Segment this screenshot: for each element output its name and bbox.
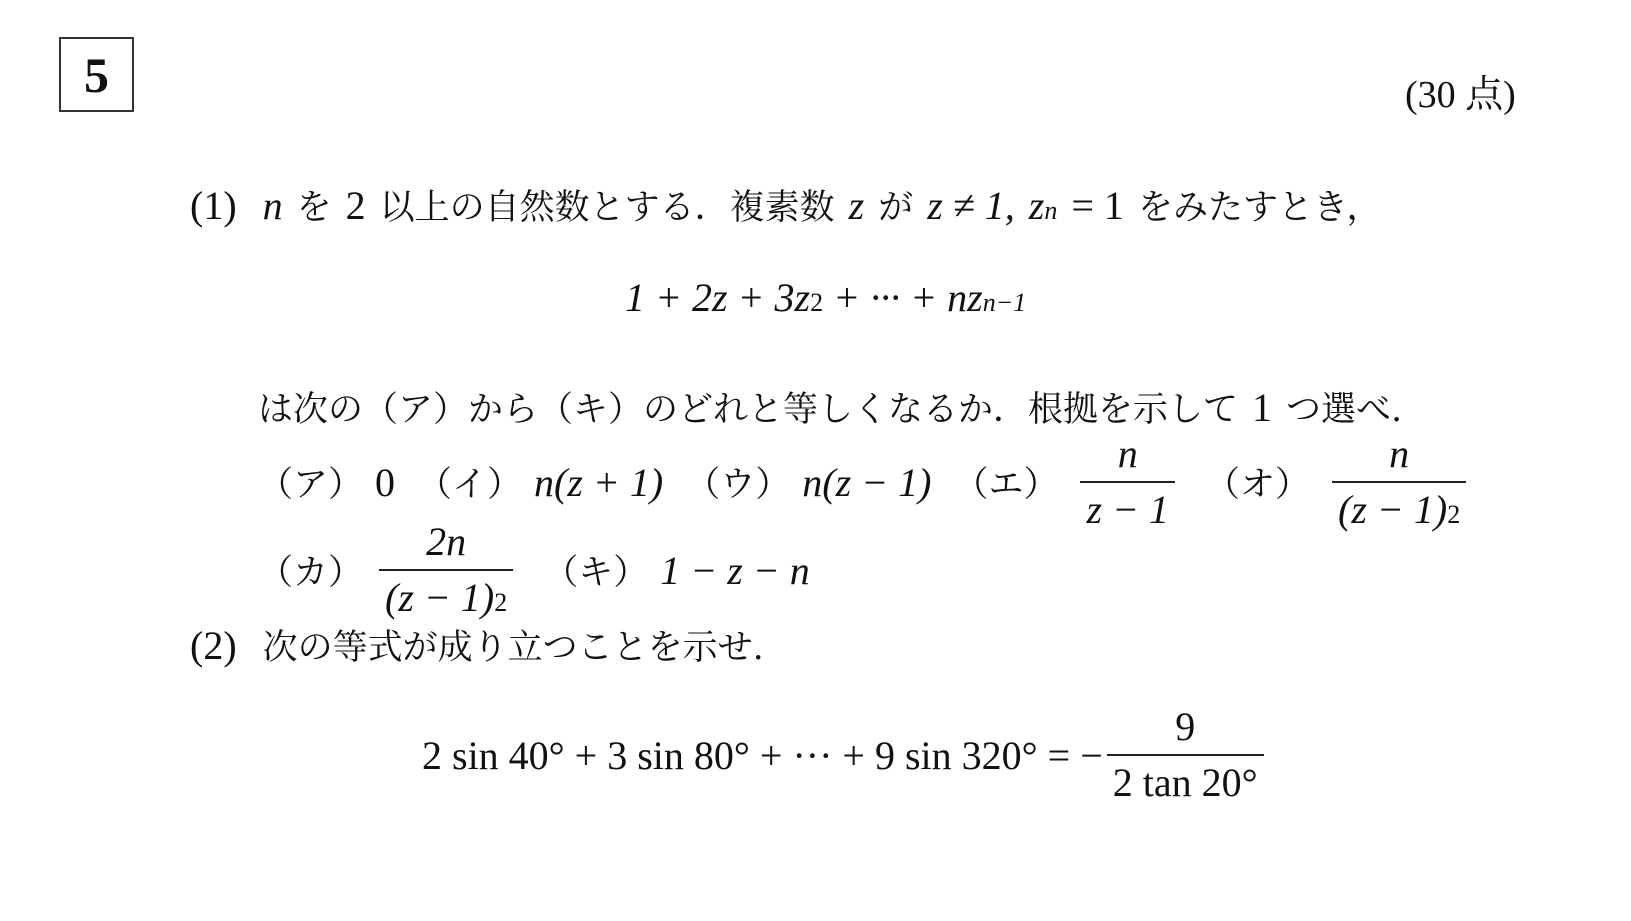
option-o-label: （オ） — [1205, 457, 1310, 507]
intro-text-1: を — [297, 191, 332, 226]
option-e-fraction: n z − 1 — [1080, 433, 1175, 531]
option-i-label: （イ） — [417, 457, 522, 507]
intro-text-4: をみたすとき， — [1138, 191, 1382, 226]
fraction-bar — [1332, 481, 1466, 483]
fraction-bar — [1107, 754, 1264, 756]
option-e-label: （エ） — [953, 457, 1058, 507]
question-sentence: は次の（ア）から（キ）のどれと等しくなるか．根拠を示して 1 つ選べ. — [258, 388, 1402, 428]
var-n: n — [263, 186, 283, 226]
fraction-bar — [1080, 481, 1175, 483]
equation-rhs-fraction: 9 2 tan 20° — [1107, 706, 1264, 804]
fraction-bar — [379, 569, 513, 571]
option-a-label: （ア） — [258, 457, 363, 507]
condition-z-not-1: z ≠ 1, — [927, 186, 1015, 226]
option-i-value: n(z + 1) — [534, 459, 663, 506]
intro-number-2: 2 — [346, 186, 366, 226]
expression-part-a: 1 + 2z + 3z — [625, 278, 810, 318]
option-u-label: （ウ） — [685, 457, 790, 507]
option-ka-numerator: 2n — [420, 521, 472, 563]
options-row-1: （ア） 0 （イ） n(z + 1) （ウ） n(z − 1) （エ） n z … — [258, 432, 1466, 532]
option-ka-label: （カ） — [258, 545, 363, 595]
option-ka-denominator-wrap: (z − 1)2 — [379, 577, 513, 619]
option-o-denominator-wrap: (z − 1)2 — [1332, 489, 1466, 531]
part2-text: 次の等式が成り立つことを示せ. — [263, 631, 764, 666]
part2-intro: (2) 次の等式が成り立つことを示せ. — [190, 626, 764, 666]
question-text-1: は次の（ア）から（キ）のどれと等しくなるか．根拠を示して — [258, 393, 1238, 428]
points-label: (30 点) — [1405, 76, 1516, 114]
intro-text-2: 以上の自然数とする．複素数 — [380, 191, 835, 226]
option-ki-value: 1 − z − n — [660, 547, 810, 594]
condition-zn-base: z — [1029, 186, 1045, 226]
option-o-numerator: n — [1383, 433, 1415, 475]
expression-part-b: + ··· + nz — [823, 278, 983, 318]
condition-zn-rest: = 1 — [1071, 186, 1124, 226]
var-z: z — [849, 186, 865, 226]
question-number-1: 1 — [1252, 388, 1272, 428]
option-e-numerator: n — [1112, 433, 1144, 475]
option-ki-label: （キ） — [543, 545, 648, 595]
part1-intro: (1) n を 2 以上の自然数とする．複素数 z が z ≠ 1, zn = … — [190, 186, 1382, 226]
option-o-denominator: (z − 1) — [1338, 489, 1447, 531]
question-text-2: つ選べ. — [1286, 393, 1402, 428]
option-o-fraction: n (z − 1)2 — [1332, 433, 1466, 531]
part2-equation: 2 sin 40° + 3 sin 80° + ··· + 9 sin 320°… — [422, 700, 1264, 810]
option-ka-fraction: 2n (z − 1)2 — [379, 521, 513, 619]
problem-number-box: 5 — [59, 37, 134, 112]
equation-rhs-denominator: 2 tan 20° — [1107, 762, 1264, 804]
option-ka-denominator: (z − 1) — [385, 577, 494, 619]
option-e-denominator: z − 1 — [1080, 489, 1175, 531]
part2-label: (2) — [190, 626, 237, 666]
problem-number: 5 — [84, 50, 109, 100]
sum-expression: 1 + 2z + 3z2 + ··· + nzn−1 — [625, 278, 1026, 318]
option-a-value: 0 — [375, 459, 395, 506]
options-row-2: （カ） 2n (z − 1)2 （キ） 1 − z − n — [258, 520, 810, 620]
option-u-value: n(z − 1) — [802, 459, 931, 506]
equation-rhs-numerator: 9 — [1169, 706, 1201, 748]
part1-label: (1) — [190, 186, 237, 226]
intro-text-3: が — [878, 191, 913, 226]
equation-lhs: 2 sin 40° + 3 sin 80° + ··· + 9 sin 320°… — [422, 732, 1103, 779]
